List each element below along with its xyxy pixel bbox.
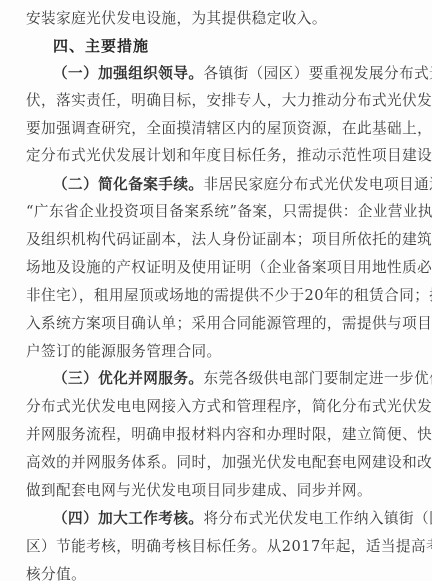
text-segment: 非居民家庭分布式光伏发电项目通过: [203, 176, 432, 193]
text-segment: 各镇街（园区）要重视发展分布式光: [203, 65, 432, 82]
text-line: 并网服务流程，明确申报材料内容和办理时限，建立简便、快捷、: [26, 425, 396, 445]
text-line: 做到配套电网与光伏发电项目同步建成、同步并网。: [26, 481, 396, 501]
text-line: 定分布式光伏发展计划和年度目标任务，推动示范性项目建设。: [26, 146, 396, 166]
text-line: 非住宅），租用屋顶或场地的需提供不少于20年的租赁合同；接: [26, 286, 396, 306]
paragraph-1-start: （一）加强组织领导。各镇街（园区）要重视发展分布式光: [53, 64, 396, 84]
text-line: 场地及设施的产权证明及使用证明（企业备案项目用地性质必须: [26, 258, 396, 278]
text-segment: 东莞各级供电部门要制定进一步优化: [203, 370, 432, 387]
section-heading: 四、主要措施: [53, 36, 149, 56]
paragraph-lead: （二）简化备案手续。: [53, 176, 203, 193]
document-page: 安装家庭光伏发电设施，为其提供稳定收入。 四、主要措施 （一）加强组织领导。各镇…: [0, 0, 432, 581]
paragraph-lead: （四）加大工作考核。: [53, 510, 203, 527]
text-line: 要加强调查研究，全面摸清辖区内的屋顶资源，在此基础上，制: [26, 119, 396, 139]
text-line: 高效的并网服务体系。同时，加强光伏发电配套电网建设和改造，: [26, 453, 396, 473]
text-line: 户签订的能源服务管理合同。: [26, 342, 396, 362]
text-line: 分布式光伏发电电网接入方式和管理程序，简化分布式光伏发电: [26, 397, 396, 417]
paragraph-3-start: （三）优化并网服务。东莞各级供电部门要制定进一步优化: [53, 369, 396, 389]
paragraph-lead: （一）加强组织领导。: [53, 65, 203, 82]
text-line: 入系统方案项目确认单；采用合同能源管理的，需提供与项目用: [26, 314, 396, 334]
text-segment: 将分布式光伏发电工作纳入镇街（园: [203, 510, 432, 527]
paragraph-4-start: （四）加大工作考核。将分布式光伏发电工作纳入镇街（园: [53, 509, 396, 529]
text-line: 伏，落实责任，明确目标，安排专人，大力推动分布式光伏发展。: [26, 91, 396, 111]
text-line: 核分值。: [26, 565, 396, 581]
paragraph-2-start: （二）简化备案手续。非居民家庭分布式光伏发电项目通过: [53, 175, 396, 195]
text-line: 安装家庭光伏发电设施，为其提供稳定收入。: [26, 9, 396, 29]
text-line: 区）节能考核，明确考核目标任务。从2017年起，适当提高考: [26, 537, 396, 557]
text-line: 及组织机构代码证副本，法人身份证副本；项目所依托的建筑物、: [26, 230, 396, 250]
paragraph-lead: （三）优化并网服务。: [53, 370, 203, 387]
text-line: “广东省企业投资项目备案系统”备案，只需提供：企业营业执照: [26, 202, 396, 222]
